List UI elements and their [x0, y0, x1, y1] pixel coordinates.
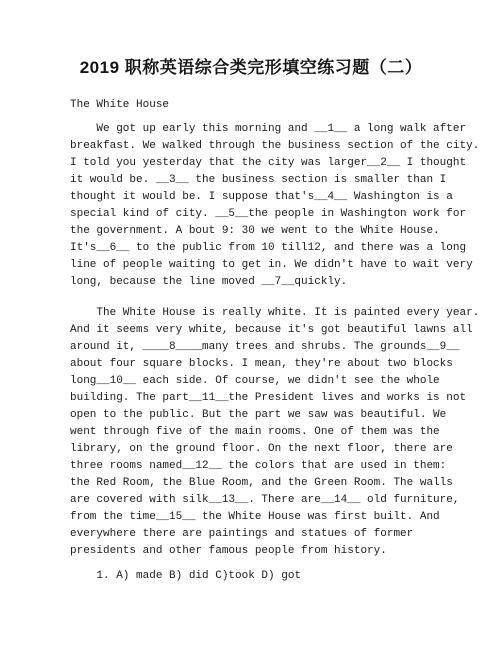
passage-paragraph-1: We got up early this morning and __1__ a… — [70, 121, 492, 291]
question-1-options: 1. A) made B) did C)took D) got — [70, 568, 492, 585]
passage-title: The White House — [70, 97, 478, 114]
document-title: 2019 职称英语综合类完形填空练习题（二） — [0, 56, 502, 80]
passage-paragraph-2: The White House is really white. It is p… — [70, 305, 492, 560]
document-page: 2019 职称英语综合类完形填空练习题（二） The White House W… — [0, 0, 502, 649]
